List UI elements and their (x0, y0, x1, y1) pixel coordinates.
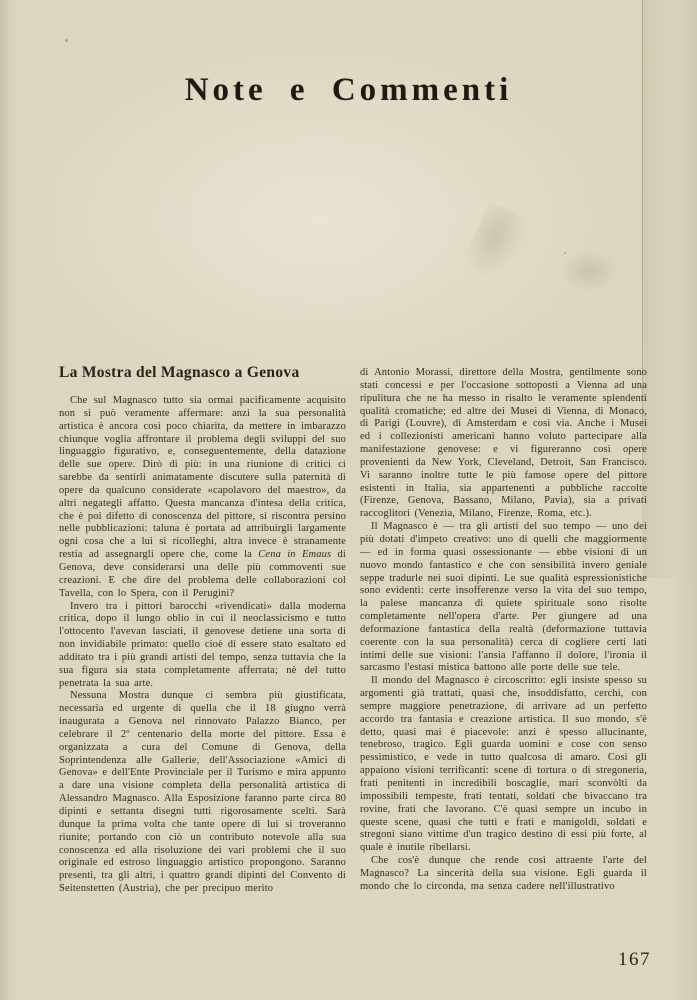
text-run: Il Magnasco è — tra gli artisti del suo … (360, 521, 647, 673)
paragraph: Che cos'è dunque che rende così attraent… (360, 855, 647, 894)
scan-smudge (560, 250, 618, 292)
text-run: Invero tra i pittori barocchi «rivendica… (59, 601, 346, 689)
paragraph: Invero tra i pittori barocchi «rivendica… (59, 601, 346, 691)
text-run: Nessuna Mostra dunque ci sembra più gius… (59, 690, 346, 894)
text-run: di Antonio Morassi, direttore della Most… (360, 367, 647, 519)
scan-smudge (459, 201, 534, 288)
paragraph: Il Magnasco è — tra gli artisti del suo … (360, 521, 647, 675)
scan-speck (564, 252, 566, 254)
text-run: Che cos'è dunque che rende così attraent… (360, 855, 647, 892)
italic-phrase: Cena in Emaus (258, 549, 331, 560)
paragraph: Che sul Magnasco tutto sia ormai pacific… (59, 395, 346, 601)
text-run: Il mondo del Magnasco è circoscritto: eg… (360, 675, 647, 853)
column-right: di Antonio Morassi, direttore della Most… (360, 364, 647, 896)
page-number: 167 (618, 949, 651, 971)
section-heading: La Mostra del Magnasco a Genova (59, 364, 346, 382)
scanned-journal-page: Note e Commenti La Mostra del Magnasco a… (0, 0, 697, 1000)
page-title: Note e Commenti (0, 72, 697, 109)
paragraph: di Antonio Morassi, direttore della Most… (360, 367, 647, 521)
text-run: Che sul Magnasco tutto sia ormai pacific… (59, 395, 346, 560)
column-left: La Mostra del Magnasco a GenovaChe sul M… (59, 364, 346, 896)
scan-speck (65, 39, 68, 42)
article-columns: La Mostra del Magnasco a GenovaChe sul M… (59, 364, 647, 896)
paragraph: Nessuna Mostra dunque ci sembra più gius… (59, 690, 346, 896)
paragraph: Il mondo del Magnasco è circoscritto: eg… (360, 675, 647, 855)
